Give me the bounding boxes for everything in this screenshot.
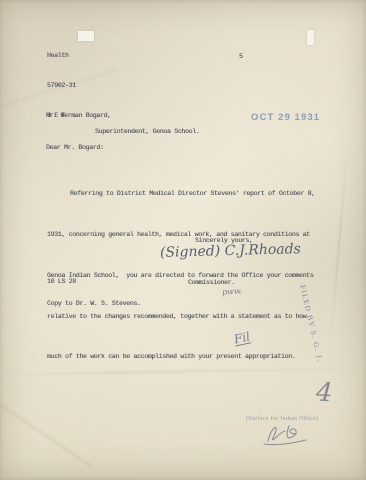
handwritten-initial-note: pww. — [222, 286, 243, 296]
body-line: 1931, concerning general health, medical… — [47, 228, 337, 242]
scanned-letter-page: Health 57902-31 J E F 5 OCT 29 1931 Mr. … — [0, 0, 366, 480]
salutation: Dear Mr. Bogard: — [46, 144, 104, 151]
handwritten-page-number: 4 — [315, 378, 333, 409]
recipient-name: Mr. Herman Bogard, — [46, 112, 111, 119]
copy-distribution-line: Copy to Dr. W. S. Stevens. — [47, 300, 141, 307]
handwritten-initials-mark — [258, 421, 318, 447]
paper-crease — [0, 399, 92, 468]
file-reference-block: Health 57902-31 J E F — [47, 31, 76, 141]
reference-code: 10 LS 28 — [47, 278, 76, 285]
body-line: Referring to District Medical Director S… — [47, 187, 337, 201]
date-received-stamp: OCT 29 1931 — [251, 112, 320, 123]
body-line: much of the work can be accomplished wit… — [47, 350, 337, 364]
signer-title: Commissioner. — [188, 279, 235, 286]
file-number-line: 57902-31 — [47, 81, 76, 91]
file-subject-line: Health — [47, 51, 76, 61]
recipient-title: Superintendent, Genoa School. — [95, 128, 199, 135]
correction-patch — [78, 31, 94, 41]
letter-body: Referring to District Medical Director S… — [47, 160, 337, 391]
page-number: 5 — [239, 53, 243, 60]
body-line: relative to the changes recommended, tog… — [47, 310, 337, 324]
correction-patch — [307, 30, 314, 45]
